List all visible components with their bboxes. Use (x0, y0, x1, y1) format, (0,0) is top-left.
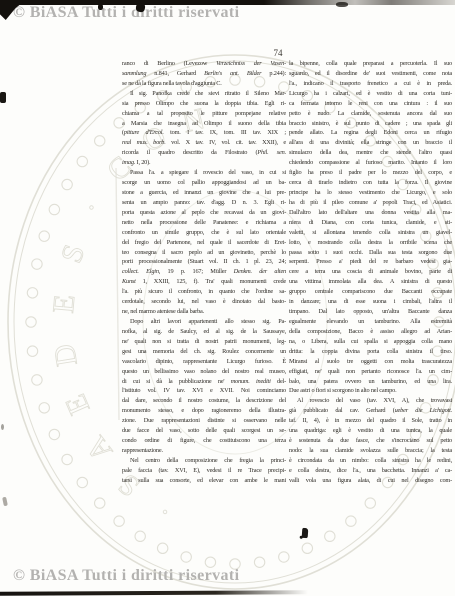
text-line: della composizione, Bacco è assiso alleg… (289, 327, 452, 337)
text-line: valetti, si allontana tenendo colla sini… (289, 228, 452, 238)
svg-text:D: D (48, 342, 84, 369)
text-line: niera di Diana, con corta tunica, clamid… (289, 218, 452, 228)
text-line: Dopo altri lavori appartenenti allo stes… (122, 317, 286, 327)
text-line: ca fermata intorno le reni con una cintu… (289, 99, 452, 109)
text-line: chiama a tal proposito le pitture pompej… (122, 109, 286, 119)
text-line: porti processionalmente (Stuart vol. II … (122, 257, 286, 267)
text-line: stone a guercia, ed innanzi un giovine c… (122, 188, 286, 198)
text-line: già pubblicato dal cav. Gerhard (ueber d… (289, 406, 452, 416)
svg-text:·: · (75, 195, 108, 222)
text-line: all'ara di una divinità; ella stringe co… (289, 138, 452, 148)
text-line: pende allato. La regina degli Edoni cerc… (289, 128, 452, 138)
svg-text:E: E (59, 389, 97, 419)
text-line: timpano. Dal lato opposto, un'altra Bacc… (289, 307, 452, 317)
text-line: cere a terra una coscia di animale bovin… (289, 267, 452, 277)
text-line: netto nella processione delle Panatenee:… (122, 218, 286, 228)
text-line: due facce del vaso, sotto delle quali sc… (122, 426, 286, 436)
text-line: figlio ha preso il padre per lo mezzo de… (289, 168, 452, 178)
watermark-bottom: © BiASA Tutti i diritti riservati (13, 567, 240, 585)
text-line: scorge un uomo col pallio appoggiandosi … (122, 178, 286, 188)
svg-text:E: E (47, 293, 81, 314)
scan-edge-spike (336, 2, 348, 7)
scan-edge-top (0, 0, 455, 5)
scan-edge-bottom (0, 590, 308, 596)
text-line: valli vola una figura alata, di cui nel … (289, 476, 452, 486)
text-line: Kunst 1, XXIII, 125, f). Tra' quali monu… (122, 277, 286, 287)
text-line: imag. I, 20). (122, 158, 286, 168)
text-line: dal dare, secondo il nostro costume, la … (122, 396, 286, 406)
text-line: petto è nudo. La clamide, sostenuta anco… (289, 109, 452, 119)
text-line: Il sig. Panofka crede che sievi ritratto… (122, 89, 286, 99)
text-line: Due astri o fiori si scorgono in alto ne… (289, 386, 452, 396)
text-column-right: la bipenne, colla quale preparasi a perc… (289, 59, 452, 486)
text-line: Al rovescio del vaso (tav. XVI, A), che … (289, 396, 452, 406)
text-line: real mus. borb. vol. X tav. IV, vol. cit… (122, 138, 286, 148)
text-line: questo un bellissimo vaso nolano del nos… (122, 367, 286, 377)
ink-speck (0, 92, 6, 103)
text-line: dritta: la coppia divina porta colla sin… (289, 347, 452, 357)
text-line: Nel centro della composizione che fregia… (122, 456, 286, 466)
text-line: ranco di Berlino (Levezow Verzeichniss d… (122, 59, 286, 69)
text-line: una vittima immolata alla dea. A sinistr… (289, 277, 452, 287)
text-line: ne' quali non si tratta di nostri patrii… (122, 337, 286, 347)
ink-speck (2, 497, 8, 507)
text-line: Dall'altro lato dell'altare una donna ve… (289, 208, 452, 218)
text-line: senta un ampio panno: tav. d'agg. D n. 3… (122, 198, 286, 208)
ink-speck (1, 424, 4, 430)
text-line: e colla destra, dice l'a., una bacchetta… (289, 466, 452, 476)
text-line: chiedendo compassione al furioso marito.… (289, 158, 452, 168)
text-line: ne, nel marmo ateniese dalla barba. (122, 307, 286, 317)
text-line: serpenti. Presso a' piedi del re barbaro… (289, 257, 452, 267)
text-line: nofka, al sig. de Saulcy, ed al sig. de … (122, 327, 286, 337)
text-line: effigiati, ne' quali non pertanto ricono… (289, 367, 452, 377)
scan-edge-spike (98, 4, 103, 10)
svg-text:·: · (154, 494, 177, 528)
text-line: zione. Due rappresentazioni distinte si … (122, 416, 286, 426)
text-line: sia presso Olimpo che suona la doppia ti… (122, 99, 286, 109)
text-line: è circondata da un nimbo: colla sinistra… (289, 456, 452, 466)
text-line: a Marsia che insegna ad Olimpo il suono … (122, 119, 286, 129)
text-line: nodo: la sua clamide svolazza sulle brac… (289, 446, 452, 456)
text-line: cerdotale, secondo lui, nel vaso è dinot… (122, 297, 286, 307)
text-line: porta questa azione al peplo che recavas… (122, 208, 286, 218)
text-line: l'istituto vol. IV tav. XVI e XVII. Noi … (122, 386, 286, 396)
text-line: monumento stesso, e dopo ragioneremo del… (122, 406, 286, 416)
scanned-book-page: ·SAEDES·CON © BiASA Tutti i diritti rise… (0, 0, 455, 596)
text-line: sammlung n.841, Gerhard Berlin's ant. Bi… (122, 69, 286, 79)
text-line: na, o Libera, sulla cui spalla si appogg… (289, 337, 452, 347)
text-line: lotto, e mostrando colla destra la orrib… (289, 238, 452, 248)
text-line: di cui si dà la pubblicazione ne' monum.… (122, 377, 286, 387)
text-line: rappresentazione. (122, 446, 286, 456)
text-column-left: ranco di Berlino (Levezow Verzeichniss d… (122, 59, 286, 486)
text-line: condo ordine di figure, che costituiscon… (122, 436, 286, 446)
text-line: tarsi sulla sua consorte, ed elevar con … (122, 476, 286, 486)
text-line: vascolario dipinto, rappresentante Licur… (122, 357, 286, 367)
page-number: 74 (260, 48, 296, 58)
text-line: principe ha lo stesso vestimento che Lic… (289, 188, 452, 198)
text-line: una quadriga: egli è vestito di una tuni… (289, 426, 452, 436)
text-line: simulacro della dea, mentre che stende l… (289, 148, 452, 158)
watermark-top: © BiASA Tutti i diritti riservati (13, 4, 240, 22)
text-line: la bipenne, colla quale preparasi a perc… (289, 59, 452, 69)
text-line: l'a., indicano il trasporto frenetico a … (289, 79, 452, 89)
text-line: del fregio del Partenone, nel quale il s… (122, 238, 286, 248)
text-line: se ne dà la figura nella tavola d'aggiun… (122, 79, 286, 89)
text-line: (pitture d'Ercol. tom. I tav. IX, tom. I… (122, 128, 286, 138)
text-line: ricorda il quadro descritto da Filostrat… (122, 148, 286, 158)
text-line: braccio sinistro, è sul punto di cadere … (289, 119, 452, 129)
text-line: balo, una patera ovvero un tamburino, ed… (289, 377, 452, 387)
text-line: pale faccia (tav. XVI, E), vedesi il re … (122, 466, 286, 476)
text-line: sguardo, ed il disordine de' suoi vestim… (289, 69, 452, 79)
ink-mark (302, 528, 309, 538)
text-line: collect. Elgin, 19 p. 167; Müller Denkm.… (122, 267, 286, 277)
text-line: cerca di tirarlo indietro con tutta la f… (289, 178, 452, 188)
text-line: in danzare; una di esse suona i cimbali,… (289, 297, 452, 307)
text-line: è sostenuta da due fasce, che s'incrocia… (289, 436, 452, 446)
text-line: ha di più il pileo comune a' popoli Trac… (289, 198, 452, 208)
text-line: egualmente elevando un tamburino. Alla e… (289, 317, 452, 327)
text-line: passa sotto i suoi occhi. Dalla sua test… (289, 248, 452, 258)
text-line: teo consegna il sacro peplo ad un giovin… (122, 248, 286, 258)
text-line: confronto un simile gruppo, che è sul la… (122, 228, 286, 238)
text-line: Passa l'a. a spiegare il rovescio del va… (122, 168, 286, 178)
text-line: l'a. più sicuro il confronto, in quanto … (122, 287, 286, 297)
text-line: taf. II, 4), è in mezzo del quadro il So… (289, 416, 452, 426)
text-line: Licurgo ha i calzari, ed è vestito di un… (289, 89, 452, 99)
svg-text:A: A (79, 430, 119, 468)
text-line: gesi una memoria del ch. sig. Roulez con… (122, 347, 286, 357)
text-line: Miransi al suolo tre oggetti con molta t… (289, 357, 452, 367)
svg-text:S: S (55, 240, 92, 267)
text-line: gruppo centrale compariscono due Baccant… (289, 287, 452, 297)
